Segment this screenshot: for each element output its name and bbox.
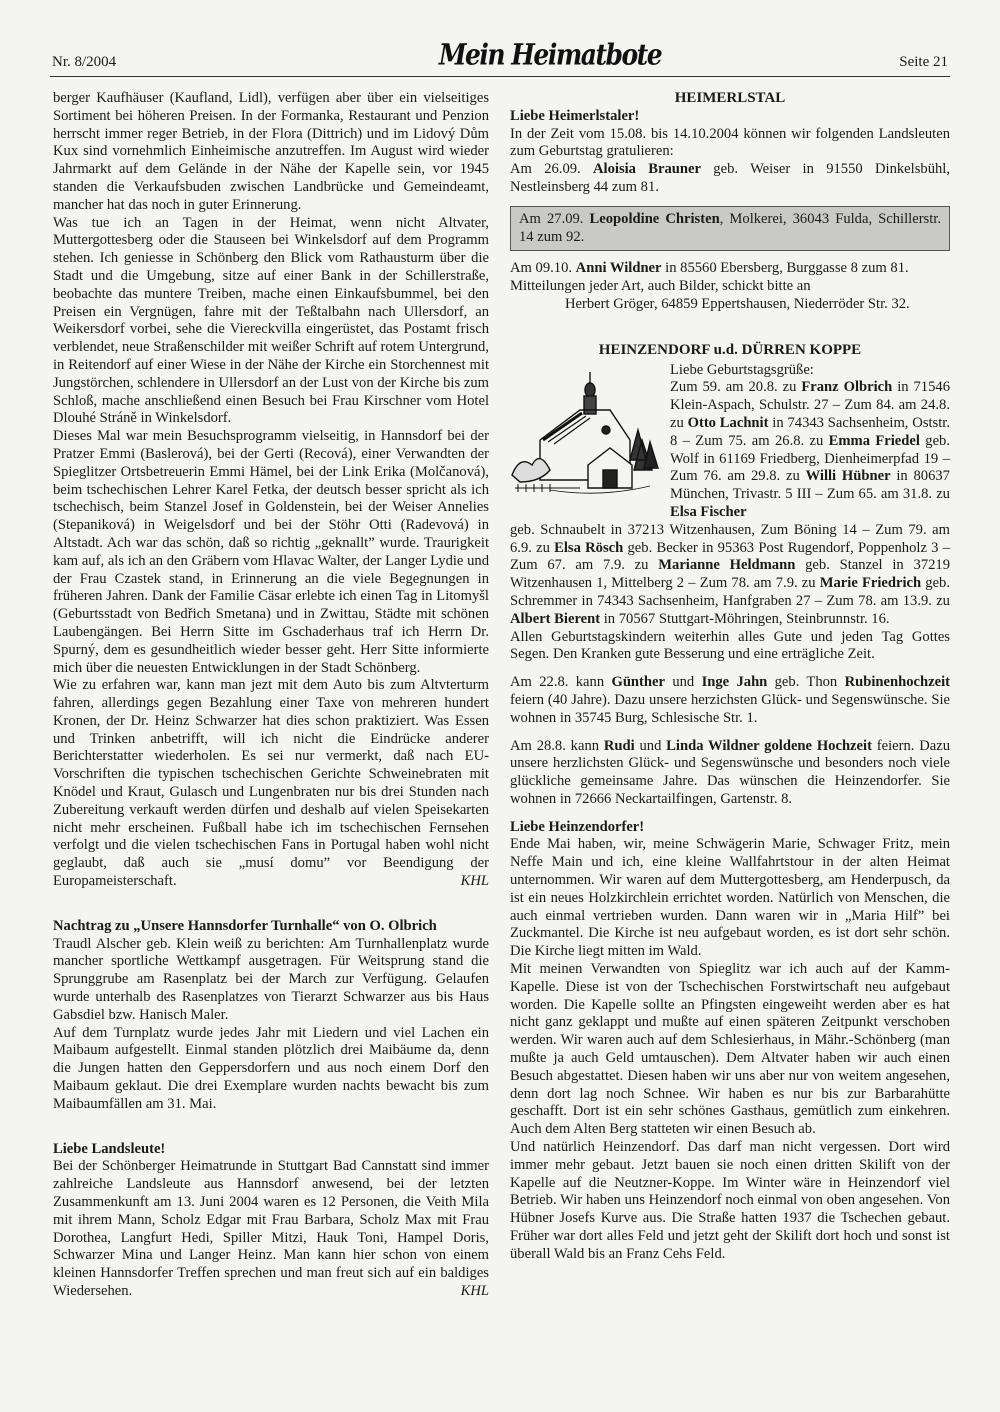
- anniversary-ruby: Am 22.8. kann Günther und Inge Jahn geb.…: [510, 674, 950, 727]
- paragraph: In der Zeit vom 15.08. bis 14.10.2004 kö…: [510, 126, 950, 162]
- entry-date: Am 27.09.: [519, 211, 590, 227]
- entry-details: in 85560 Ebersberg, Burggasse 8 zum 81.: [662, 260, 909, 276]
- highlighted-entry-box: Am 27.09. Leopoldine Christen, Molkerei,…: [510, 206, 950, 252]
- wishes-paragraph: Allen Geburtstagskindern weiterhin alles…: [510, 629, 950, 665]
- paragraph: Auf dem Turnplatz wurde jedes Jahr mit L…: [53, 1025, 489, 1114]
- paragraph: Bei der Schönberger Heimatrunde in Stutt…: [53, 1158, 489, 1300]
- newspaper-page: Nr. 8/2004 Mein Heimatbote Seite 21 berg…: [0, 0, 1000, 1412]
- left-column: berger Kaufhäuser (Kaufland, Lidl), verf…: [53, 90, 489, 1301]
- paragraph: Ende Mai haben, wir, meine Schwägerin Ma…: [510, 836, 950, 961]
- paragraph-text: Wie zu erfahren war, kann man jezt mit d…: [53, 677, 489, 889]
- entry-date: Zum 65. am 31.8. zu: [827, 486, 950, 502]
- contact-intro: Mitteilungen jeder Art, auch Bilder, sch…: [510, 278, 950, 296]
- paragraph: Und natürlich Heinzendorf. Das darf man …: [510, 1139, 950, 1264]
- entry-date: Zum 67. am 7.9. zu: [510, 557, 658, 573]
- right-column: HEIMERLSTAL Liebe Heimerlstaler! In der …: [510, 90, 950, 1264]
- paragraph: Was tue ich an Tagen in der Heimat, wenn…: [53, 215, 489, 429]
- entry-date: Zum 75. am 26.8. zu: [695, 433, 828, 449]
- letter-title: Liebe Heinzendorfer!: [510, 819, 950, 837]
- issue-number: Nr. 8/2004: [52, 54, 116, 71]
- person-name: Elsa Rösch: [554, 540, 623, 556]
- paragraph: Traudl Alscher geb. Klein weiß zu berich…: [53, 936, 489, 1025]
- person-name: Willi Hübner: [806, 468, 891, 484]
- connector-text: und: [635, 738, 667, 754]
- birthday-block: Liebe Geburtstagsgrüße: Zum 59. am 20.8.…: [510, 362, 950, 522]
- person-name: Albert Bierent: [510, 611, 600, 627]
- page-number: Seite 21: [899, 54, 948, 71]
- person-name: Elsa Fischer: [670, 504, 747, 520]
- entry-date: Zum 78. am 13.9. zu: [826, 593, 950, 609]
- entry-date: Am 22.8. kann: [510, 674, 611, 690]
- birthday-list-top: Liebe Geburtstagsgrüße: Zum 59. am 20.8.…: [670, 362, 950, 522]
- section-title-heimerlstal: HEIMERLSTAL: [510, 90, 950, 108]
- article-title: Nachtrag zu „Unsere Hannsdorfer Turnhall…: [53, 918, 489, 936]
- person-name: Otto Lachnit: [688, 415, 769, 431]
- person-name: Marianne Heldmann: [658, 557, 795, 573]
- birthday-entry: Am 09.10. Anni Wildner in 85560 Ebersber…: [510, 260, 950, 278]
- entry-date: Zum 59. am 20.8. zu: [670, 379, 801, 395]
- person-name: Emma Friedel: [829, 433, 920, 449]
- birthday-entry: Am 26.09. Aloisia Brauner geb. Weiser in…: [510, 161, 950, 197]
- section-title-heinzendorf: HEINZENDORF u.d. DÜRREN KOPPE: [510, 342, 950, 360]
- paragraph: berger Kaufhäuser (Kaufland, Lidl), verf…: [53, 90, 489, 215]
- connector-text: und: [665, 674, 702, 690]
- anniversary-golden: Am 28.8. kann Rudi und Linda Wildner gol…: [510, 738, 950, 809]
- person-name: Linda Wildner goldene Hochzeit: [666, 738, 872, 754]
- paragraph: Wie zu erfahren war, kann man jezt mit d…: [53, 677, 489, 891]
- paragraph: Dieses Mal war mein Besuchsprogramm viel…: [53, 428, 489, 677]
- person-name: Rudi: [604, 738, 635, 754]
- entry-details: in 70567 Stuttgart-Möhringen, Steinbrunn…: [600, 611, 889, 627]
- greeting: Liebe Heimerlstaler!: [510, 108, 950, 126]
- entry-date: Am 09.10.: [510, 260, 576, 276]
- contact-address: Herbert Gröger, 64859 Eppertshausen, Nie…: [510, 296, 950, 314]
- entry-date: Zum 76. am 29.8. zu: [670, 468, 806, 484]
- connector-text: geb. Thon: [767, 674, 844, 690]
- person-name: Inge Jahn: [702, 674, 768, 690]
- entry-details: feiern (40 Jahre). Dazu unsere herzichst…: [510, 692, 950, 726]
- person-name: Leopoldine Christen: [590, 211, 720, 227]
- person-name: Günther: [611, 674, 665, 690]
- masthead-logo: Mein Heimatbote: [425, 38, 675, 71]
- person-name: Marie Friedrich: [820, 575, 921, 591]
- entry-date: Am 26.09.: [510, 161, 593, 177]
- person-name: Franz Olbrich: [801, 379, 892, 395]
- person-name: Anni Wildner: [576, 260, 662, 276]
- person-name: Aloisia Brauner: [593, 161, 701, 177]
- birthday-list: Zum 59. am 20.8. zu Franz Olbrich in 715…: [670, 379, 950, 521]
- entry-details: geb. Schnaubelt in 37213 Witzenhausen, Z…: [510, 522, 875, 538]
- entry-details: geb. Becker in 95363 Post Rugendorf, Pop…: [623, 540, 950, 556]
- paragraph: Mit meinen Verwandten von Spieglitz war …: [510, 961, 950, 1139]
- entry-date: Am 28.8. kann: [510, 738, 604, 754]
- church-illustration-icon: [510, 370, 662, 500]
- birthday-list-continued: geb. Schnaubelt in 37213 Witzenhausen, Z…: [510, 522, 950, 629]
- event-name: Rubinenhochzeit: [845, 674, 950, 690]
- article-title: Liebe Landsleute!: [53, 1141, 489, 1159]
- entry-date: Zum 78. am 7.9. zu: [700, 575, 820, 591]
- greeting: Liebe Geburtstagsgrüße:: [670, 362, 950, 380]
- page-header: Nr. 8/2004 Mein Heimatbote Seite 21: [50, 44, 950, 77]
